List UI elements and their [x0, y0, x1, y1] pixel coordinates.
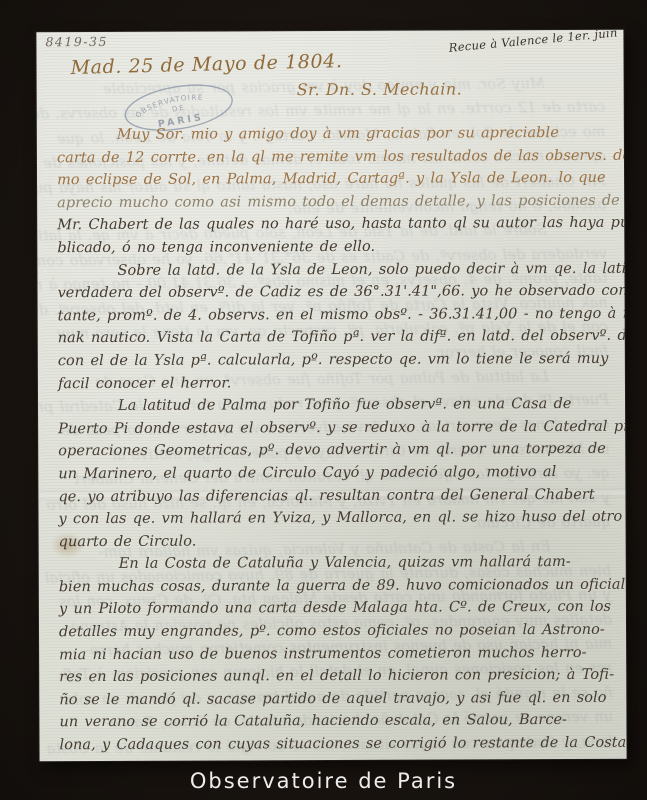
letter-line: tante, promº. de 4. observs. en el mismo…: [58, 303, 614, 328]
letter-line: carta de 12 corrte. en la ql me remite v…: [57, 144, 613, 169]
letter-line: qe. yo atribuyo las diferencias ql. resu…: [58, 483, 614, 508]
letter-line: y con las qe. vm hallará en Yviza, y Mal…: [58, 506, 614, 531]
letter-line: Puerto Pi donde estava el observº. y se …: [58, 415, 614, 440]
letter-line: aprecio mucho como asi mismo todo el dem…: [57, 190, 613, 215]
letter-line: operaciones Geometricas, pº. devo advert…: [58, 438, 614, 463]
photograph-frame: Muy Sor. mio y amigo doy à vm gracias po…: [0, 0, 647, 800]
letter-line: res en las posiciones aunql. en el detal…: [59, 664, 615, 689]
letter-line: quarto de Circulo.: [59, 528, 615, 553]
letter-line: Sobre la latd. de la Ysla de Leon, solo …: [57, 257, 613, 282]
letter-page: Muy Sor. mio y amigo doy à vm gracias po…: [36, 30, 626, 762]
letter-line: lona, y Cadaques con cuyas situaciones s…: [59, 732, 615, 757]
letter-line: detalles muy engrandes, pº. como estos o…: [59, 619, 615, 644]
letter-line: nak nautico. Vista la Carta de Tofiño pª…: [58, 325, 614, 350]
letter-line: mia ni hacian uso de buenos instrumentos…: [59, 641, 615, 666]
letter-line: facil conocer el herror.: [58, 370, 614, 395]
letter-line: En la Costa de Cataluña y Valencia, quiz…: [59, 551, 615, 576]
letter-line: un verano se corrió la Cataluña, haciend…: [59, 709, 615, 734]
letter-line: verdadera del observº. de Cadiz es de 36…: [58, 280, 614, 305]
letter-line: Muy Sor. mio y amigo doy à vm gracias po…: [57, 122, 613, 147]
letter-line: mo eclipse de Sol, en Palma, Madrid, Car…: [57, 167, 613, 192]
letter-line: con el de la Ysla pª. calcularla, pº. re…: [58, 348, 614, 373]
received-annotation: Recue à Valence le 1er. juin: [448, 30, 618, 55]
letter-dateline: Mad. 25 de Mayo de 1804.: [70, 50, 342, 79]
letter-line: y un Piloto formando una carta desde Mal…: [59, 596, 615, 621]
caption-text: Observatoire de Paris: [190, 769, 457, 793]
letter-line: ño se le mandó ql. sacase partido de aqu…: [59, 687, 615, 712]
letter-line: bien muchas cosas, durante la guerra de …: [59, 574, 615, 599]
letter-line: La latitud de Palma por Tofiño fue obser…: [58, 393, 614, 418]
archive-number: 8419-35: [45, 34, 108, 49]
letter-line: blicado, ó no tenga inconveniente de ell…: [57, 235, 613, 260]
letter-line: un Marinero, el quarto de Circulo Cayó y…: [58, 461, 614, 486]
letter-recipient: Sr. Dn. S. Mechain.: [297, 79, 463, 99]
stamp-text-middle: DE: [171, 104, 186, 114]
letter-line: Mr. Chabert de las quales no haré uso, h…: [57, 212, 613, 237]
caption-bar: Observatoire de Paris: [0, 762, 647, 800]
letter-body: Muy Sor. mio y amigo doy à vm gracias po…: [57, 122, 616, 757]
